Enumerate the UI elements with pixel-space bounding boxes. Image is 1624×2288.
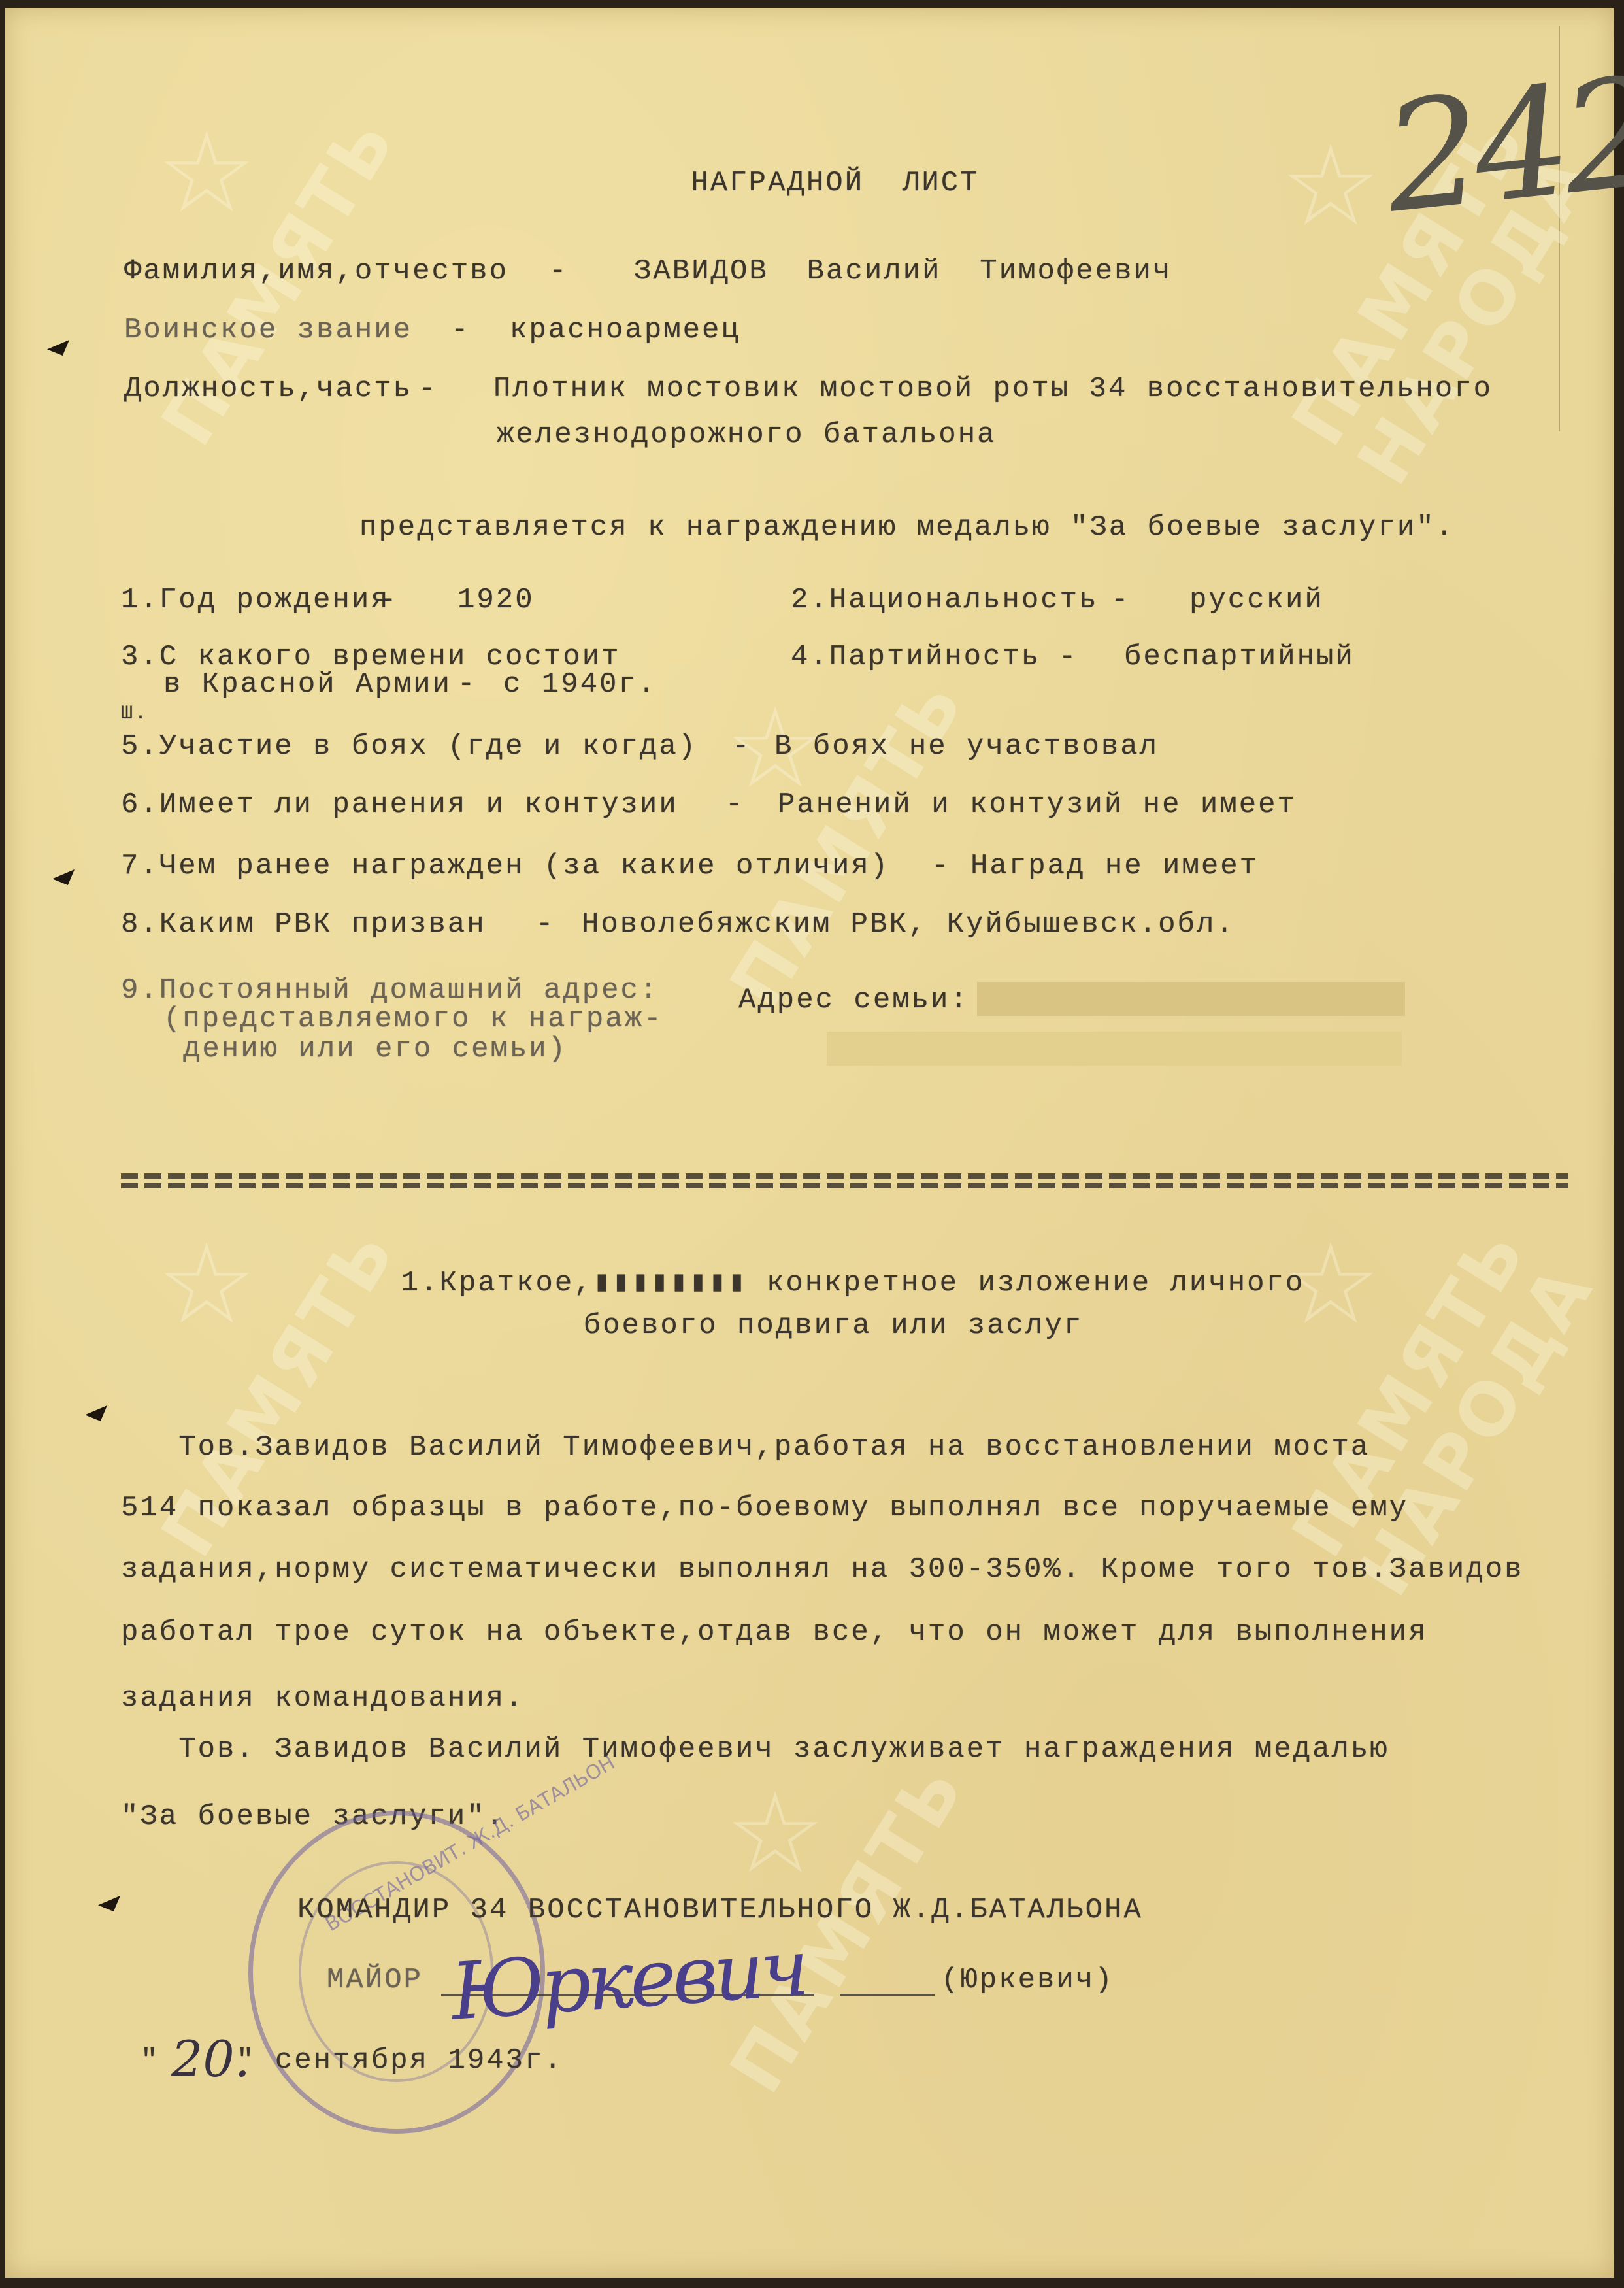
position-label: Должность,часть: [124, 373, 412, 405]
section-heading: 1.Краткое,▮▮▮▮▮▮▮▮ конкретное изложение …: [401, 1264, 1305, 1300]
family-address-label: Адрес семьи:: [738, 984, 969, 1017]
nationality-label: 2.Национальность: [791, 584, 1098, 616]
birth-year-dash: -: [379, 584, 398, 616]
birth-year-label: 1.Год рождения: [121, 584, 390, 616]
rvk-value: Новолебяжским РВК, Куйбышевск.обл.: [582, 908, 1235, 941]
service-dash: -: [457, 668, 476, 701]
body-line: 514 показал образцы в работе,по-боевому …: [121, 1492, 1408, 1524]
service-label-cont: в Красной Армии: [163, 668, 452, 701]
commander-name: (Юркевич): [941, 1964, 1114, 1996]
rank-dash: -: [451, 314, 470, 346]
position-dash: -: [418, 373, 437, 405]
awards-value: Наград не имеет: [970, 850, 1259, 883]
body-line: Тов.Завидов Василий Тимофеевич,работая н…: [121, 1431, 1370, 1464]
wounds-value: Ранений и контузий не имеет: [778, 788, 1297, 821]
scan-border-right: [1615, 0, 1624, 2288]
section-heading-cont: боевого подвига или заслуг: [584, 1309, 1084, 1342]
party-dash: -: [1059, 641, 1078, 673]
date-line: " " сентября 1943г.: [141, 2044, 563, 2077]
party-label: 4.Партийность: [791, 641, 1040, 673]
document-page: [5, 8, 1614, 2278]
awards-label: 7.Чем ранее награжден (за какие отличия): [121, 850, 889, 883]
commander-rank: МАЙОР: [327, 1964, 423, 1996]
signature-line: [840, 1994, 935, 1996]
nationality-value: русский: [1189, 584, 1324, 616]
position-value: Плотник мостовик мостовой роты 34 восста…: [493, 373, 1493, 405]
battles-value: В боях не участвовал: [774, 730, 1159, 763]
fio-label: Фамилия,имя,отчество: [124, 255, 508, 288]
birth-year-value: 1920: [457, 584, 535, 616]
rank-label: Воинское звание: [124, 314, 412, 346]
document-title: НАГРАДНОЙ ЛИСТ: [691, 167, 979, 199]
fio-dash: -: [549, 255, 568, 288]
battles-label: 5.Участие в боях (где и когда): [121, 730, 697, 763]
body-line: Тов. Завидов Василий Тимофеевич заслужив…: [121, 1733, 1389, 1766]
address-label-cont2: дению или его семьи): [183, 1033, 567, 1066]
rank-value: красноармеец: [510, 314, 740, 346]
body-line: задания командования.: [121, 1682, 525, 1715]
address-label-cont: (представляемого к награж-: [163, 1003, 663, 1035]
body-line: работал трое суток на объекте,отдав все,…: [121, 1616, 1428, 1649]
scan-border-bottom: [0, 2279, 1624, 2288]
stray-typed-mark: Ш.: [121, 703, 148, 725]
archive-page-number: 242: [1377, 45, 1624, 246]
rvk-dash: -: [536, 908, 555, 941]
address-label: 9.Постоянный домашний адрес:: [121, 974, 659, 1007]
wounds-label: 6.Имеет ли ранения и контузии: [121, 788, 678, 821]
service-value: с 1940г.: [503, 668, 657, 701]
battles-dash: -: [732, 730, 751, 763]
redacted-address-cont: [827, 1032, 1402, 1066]
redacted-address: [977, 982, 1405, 1016]
nomination-line: представляется к награждению медалью "За…: [359, 511, 1455, 544]
wounds-dash: -: [725, 788, 744, 821]
position-value-cont: железнодорожного батальона: [497, 418, 997, 451]
nationality-dash: -: [1111, 584, 1130, 616]
body-line: задания,норму систематически выполнял на…: [121, 1553, 1524, 1586]
party-value: беспартийный: [1124, 641, 1355, 673]
awards-dash: -: [931, 850, 950, 883]
typed-divider-line: [121, 1173, 1568, 1190]
commander-title: КОМАНДИР 34 ВОССТАНОВИТЕЛЬНОГО Ж.Д.БАТАЛ…: [297, 1894, 1143, 1926]
fio-value: ЗАВИДОВ Василий Тимофеевич: [634, 255, 1172, 288]
rvk-label: 8.Каким РВК призван: [121, 908, 486, 941]
